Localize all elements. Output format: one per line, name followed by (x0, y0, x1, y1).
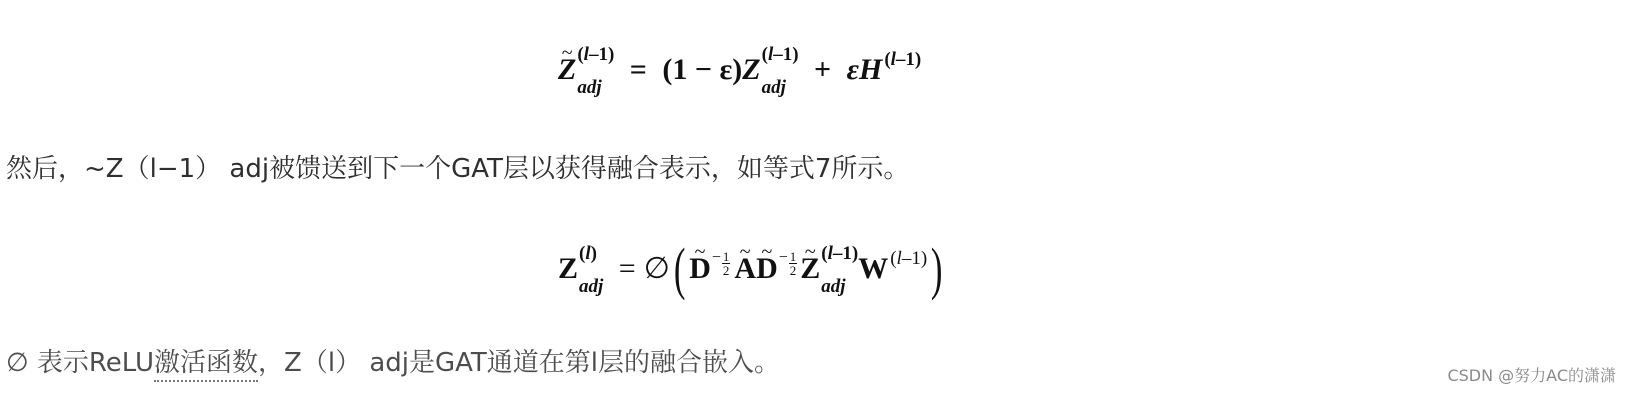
relu-activation-symbol: ∅ (644, 252, 670, 285)
csdn-watermark: CSDN @努力AC的潇潇 (1447, 363, 1616, 386)
z-tilde-symbol: ~Z (558, 55, 576, 85)
paragraph-1: 然后，~Z（l−1） adj被馈送到下一个GAT层以获得融合表示，如等式7所示。 (6, 148, 909, 185)
d-tilde-symbol-2: ~D (756, 254, 778, 284)
equation-2: Z(l)adj =∅(~D−12~A~D−12~Z(l–1)adjW(l–1)) (558, 240, 946, 298)
paragraph-2: ∅ 表示ReLU激活函数，Z（l） adj是GAT通道在第l层的融合嵌入。 (6, 342, 780, 379)
glossary-term-link[interactable]: 激活函数 (154, 348, 258, 382)
z-tilde-symbol-2: ~Z (800, 254, 820, 284)
superscript: (l–1) (577, 45, 614, 64)
d-tilde-symbol: ~D (689, 254, 711, 284)
equation-1: ~Z(l–1)adj = (1 − ε)Z(l–1)adj + εH(l–1) (558, 50, 921, 91)
a-tilde-symbol: ~A (734, 254, 756, 284)
